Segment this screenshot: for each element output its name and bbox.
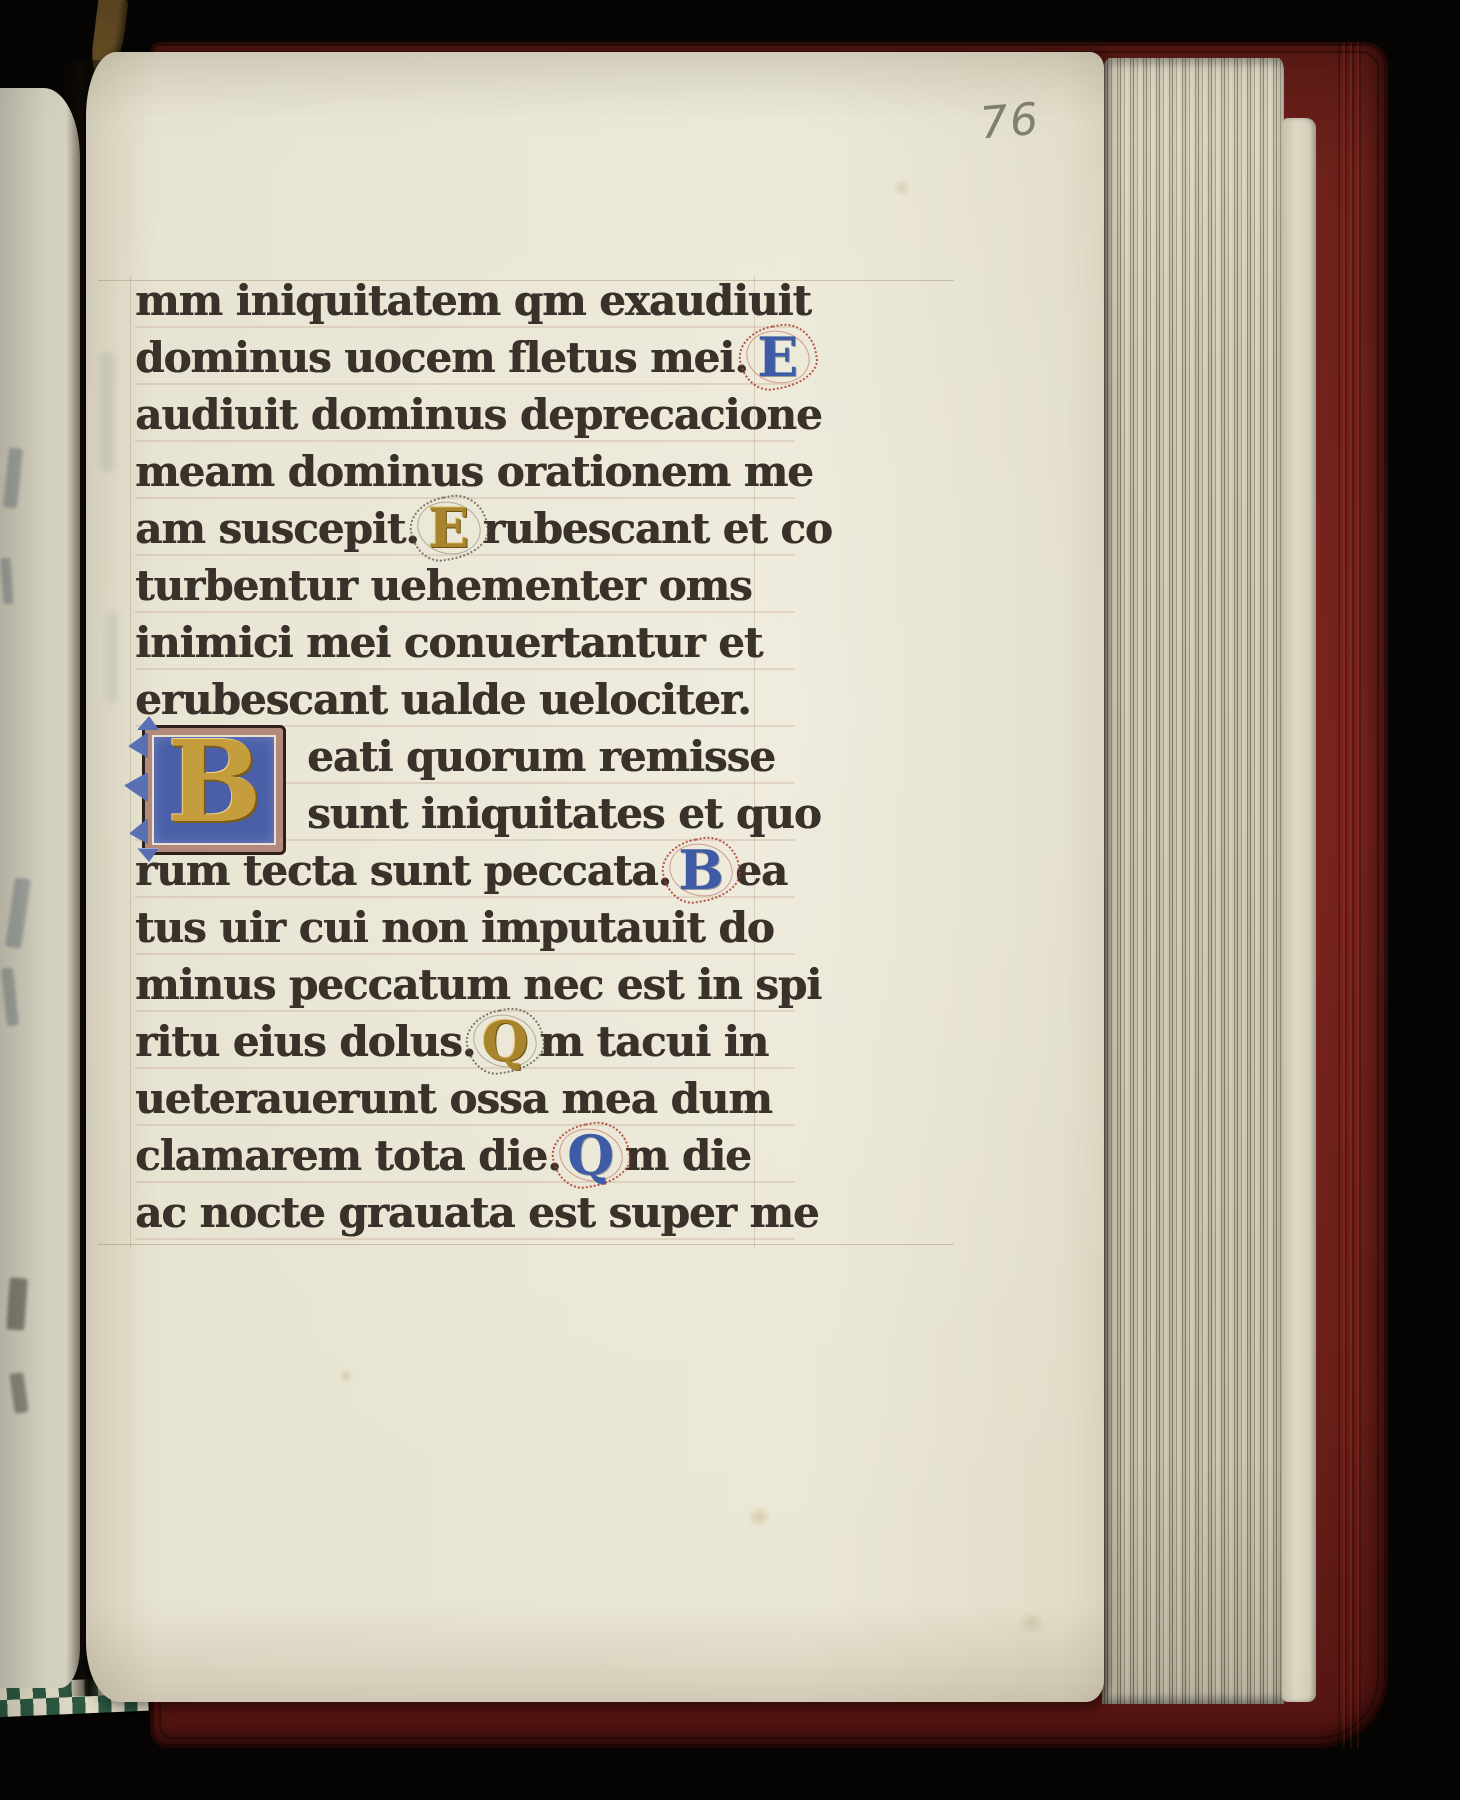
line-text: mm iniquitatem qm exaudiuit	[135, 276, 811, 325]
line-text: sunt iniquitates et quo	[307, 789, 821, 838]
manuscript-text-line: audiuit dominus deprecacione	[135, 386, 795, 443]
line-text: turbentur uehementer oms	[135, 561, 752, 610]
illuminated-initial-q: Q	[565, 1131, 617, 1179]
initial-letter: E	[757, 325, 798, 389]
line-text: meam dominus orationem me	[135, 447, 813, 496]
line-text: inimici mei conuertantur et	[135, 618, 762, 667]
showthrough-mark	[6, 1277, 28, 1330]
showthrough-mark	[3, 447, 23, 508]
folio-number: 76	[978, 93, 1042, 149]
ruling-line-left-margin	[130, 276, 131, 1248]
manuscript-text-line: minus peccatum nec est in spi	[135, 956, 795, 1013]
line-text: tus uir cui non imputauit do	[135, 903, 774, 952]
manuscript-text-line: tus uir cui non imputauit do	[135, 899, 795, 956]
line-text: minus peccatum nec est in spi	[135, 960, 821, 1009]
foliate-ornament	[137, 716, 159, 730]
initial-letter: B	[678, 838, 724, 902]
line-text: clamarem tota die.	[135, 1131, 561, 1180]
line-text: ueterauerunt ossa mea dum	[135, 1074, 772, 1123]
manuscript-text-line: mm iniquitatem qm exaudiuit	[135, 272, 795, 329]
illuminated-initial-b-large: B	[145, 728, 283, 852]
initial-letter: Q	[482, 1009, 529, 1073]
line-text: ea	[735, 846, 787, 895]
showthrough-mark	[1, 968, 19, 1027]
initial-letter: E	[428, 496, 469, 560]
manuscript-text-line: turbentur uehementer oms	[135, 557, 795, 614]
manuscript-text-line: am suscepit.Erubescant et co	[135, 500, 795, 557]
text-block: B mm iniquitatem qm exaudiuit dominus uo…	[135, 272, 795, 1241]
line-text: audiuit dominus deprecacione	[135, 390, 822, 439]
manuscript-text-line: dominus uocem fletus mei.E	[135, 329, 795, 386]
manuscript-text-line: ac nocte grauata est super me	[135, 1184, 795, 1241]
parchment-stain	[746, 1507, 772, 1527]
showthrough-mark	[9, 1372, 28, 1414]
manuscript-text-line: meam dominus orationem me	[135, 443, 795, 500]
line-text: rubescant et co	[483, 504, 832, 553]
illuminated-initial-q: Q	[479, 1017, 531, 1065]
manuscript-text-line: inimici mei conuertantur et	[135, 614, 795, 671]
showthrough-mark	[0, 558, 13, 605]
manuscript-text-line: clamarem tota die.Qm die	[135, 1127, 795, 1184]
scanned-manuscript-photo: 76 B mm iniquitatem qm exaudiuit dominus…	[0, 0, 1460, 1800]
ruling-line-right-margin	[754, 276, 755, 1248]
showthrough-mark	[106, 612, 118, 702]
line-text: ac nocte grauata est super me	[135, 1188, 819, 1237]
foliate-ornament	[137, 848, 159, 862]
ruling-line-top	[98, 280, 954, 281]
page-stack-fore-edge	[1102, 58, 1284, 1704]
line-text: am suscepit.	[135, 504, 419, 553]
illuminated-initial-b: B	[675, 846, 727, 894]
line-text: m die	[625, 1131, 751, 1180]
parchment-stain	[1016, 1612, 1046, 1634]
manuscript-text-line: ritu eius dolus.Qm tacui in	[135, 1013, 795, 1070]
parchment-stain	[338, 1370, 354, 1382]
flyleaf-edge	[1282, 118, 1316, 1702]
initial-letter: B	[145, 729, 283, 837]
manuscript-page: 76 B mm iniquitatem qm exaudiuit dominus…	[86, 52, 1104, 1702]
line-text: ritu eius dolus.	[135, 1017, 475, 1066]
line-text: rum tecta sunt peccata.	[135, 846, 671, 895]
initial-letter: Q	[567, 1123, 614, 1187]
line-text: eati quorum remisse	[307, 732, 775, 781]
illuminated-initial-e: E	[423, 504, 475, 552]
showthrough-mark	[100, 352, 114, 472]
ruling-line-bottom	[98, 1244, 954, 1245]
line-text: m tacui in	[539, 1017, 768, 1066]
parchment-stain	[892, 180, 912, 196]
line-text: dominus uocem fletus mei.	[135, 333, 748, 382]
showthrough-mark	[5, 877, 31, 949]
illuminated-initial-e: E	[752, 333, 804, 381]
manuscript-text-line: ueterauerunt ossa mea dum	[135, 1070, 795, 1127]
